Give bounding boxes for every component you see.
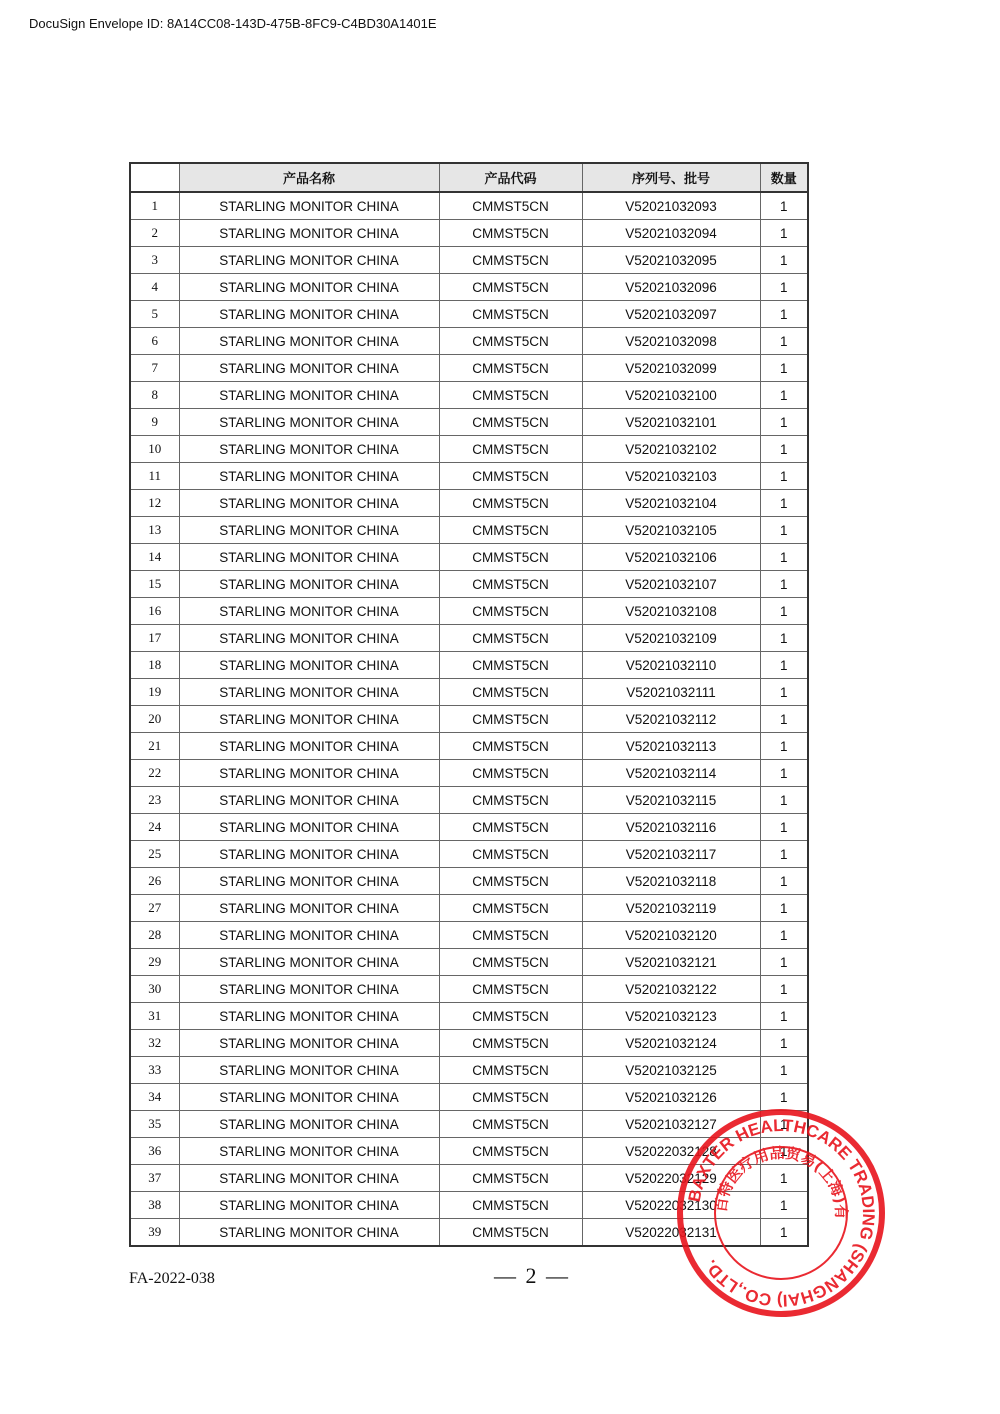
quantity: 1	[760, 733, 808, 760]
table-row: 14STARLING MONITOR CHINACMMST5CNV5202103…	[130, 544, 808, 571]
quantity: 1	[760, 1084, 808, 1111]
serial-lot-number: V52021032125	[582, 1057, 760, 1084]
product-name: STARLING MONITOR CHINA	[179, 1192, 439, 1219]
product-code: CMMST5CN	[439, 841, 582, 868]
quantity: 1	[760, 868, 808, 895]
product-name: STARLING MONITOR CHINA	[179, 652, 439, 679]
product-code: CMMST5CN	[439, 976, 582, 1003]
table-row: 1STARLING MONITOR CHINACMMST5CNV52021032…	[130, 192, 808, 220]
quantity: 1	[760, 1192, 808, 1219]
table-row: 23STARLING MONITOR CHINACMMST5CNV5202103…	[130, 787, 808, 814]
product-code: CMMST5CN	[439, 922, 582, 949]
quantity: 1	[760, 814, 808, 841]
row-index: 20	[130, 706, 179, 733]
row-index: 25	[130, 841, 179, 868]
quantity: 1	[760, 976, 808, 1003]
product-code: CMMST5CN	[439, 949, 582, 976]
product-name: STARLING MONITOR CHINA	[179, 598, 439, 625]
product-name: STARLING MONITOR CHINA	[179, 463, 439, 490]
row-index: 33	[130, 1057, 179, 1084]
row-index: 36	[130, 1138, 179, 1165]
row-index: 34	[130, 1084, 179, 1111]
serial-lot-number: V52021032111	[582, 679, 760, 706]
serial-lot-number: V52021032114	[582, 760, 760, 787]
serial-lot-number: V52021032108	[582, 598, 760, 625]
quantity: 1	[760, 1057, 808, 1084]
quantity: 1	[760, 1003, 808, 1030]
row-index: 8	[130, 382, 179, 409]
product-code: CMMST5CN	[439, 679, 582, 706]
product-name: STARLING MONITOR CHINA	[179, 301, 439, 328]
product-name: STARLING MONITOR CHINA	[179, 1057, 439, 1084]
table-row: 35STARLING MONITOR CHINACMMST5CNV5202103…	[130, 1111, 808, 1138]
row-index: 28	[130, 922, 179, 949]
product-name: STARLING MONITOR CHINA	[179, 868, 439, 895]
product-code: CMMST5CN	[439, 192, 582, 220]
row-index: 15	[130, 571, 179, 598]
row-index: 24	[130, 814, 179, 841]
quantity: 1	[760, 706, 808, 733]
table-row: 27STARLING MONITOR CHINACMMST5CNV5202103…	[130, 895, 808, 922]
table-row: 16STARLING MONITOR CHINACMMST5CNV5202103…	[130, 598, 808, 625]
row-index: 7	[130, 355, 179, 382]
table-row: 18STARLING MONITOR CHINACMMST5CNV5202103…	[130, 652, 808, 679]
product-name: STARLING MONITOR CHINA	[179, 1138, 439, 1165]
serial-lot-number: V52022032131	[582, 1219, 760, 1247]
row-index: 13	[130, 517, 179, 544]
row-index: 27	[130, 895, 179, 922]
product-name: STARLING MONITOR CHINA	[179, 814, 439, 841]
column-header-product-code: 产品代码	[439, 163, 582, 192]
serial-lot-number: V52022032129	[582, 1165, 760, 1192]
serial-lot-number: V52021032103	[582, 463, 760, 490]
product-code: CMMST5CN	[439, 598, 582, 625]
product-code: CMMST5CN	[439, 517, 582, 544]
quantity: 1	[760, 1165, 808, 1192]
product-code: CMMST5CN	[439, 490, 582, 517]
row-index: 5	[130, 301, 179, 328]
column-header-serial-lot: 序列号、批号	[582, 163, 760, 192]
table-row: 19STARLING MONITOR CHINACMMST5CNV5202103…	[130, 679, 808, 706]
row-index: 10	[130, 436, 179, 463]
product-name: STARLING MONITOR CHINA	[179, 895, 439, 922]
row-index: 19	[130, 679, 179, 706]
quantity: 1	[760, 679, 808, 706]
quantity: 1	[760, 463, 808, 490]
row-index: 12	[130, 490, 179, 517]
serial-lot-number: V52021032126	[582, 1084, 760, 1111]
table-body: 1STARLING MONITOR CHINACMMST5CNV52021032…	[130, 192, 808, 1246]
product-code: CMMST5CN	[439, 1219, 582, 1247]
serial-lot-number: V52021032110	[582, 652, 760, 679]
serial-lot-number: V52021032109	[582, 625, 760, 652]
quantity: 1	[760, 787, 808, 814]
quantity: 1	[760, 490, 808, 517]
product-code: CMMST5CN	[439, 625, 582, 652]
row-index: 3	[130, 247, 179, 274]
product-code: CMMST5CN	[439, 814, 582, 841]
product-code: CMMST5CN	[439, 463, 582, 490]
row-index: 35	[130, 1111, 179, 1138]
serial-lot-number: V52021032102	[582, 436, 760, 463]
quantity: 1	[760, 1111, 808, 1138]
quantity: 1	[760, 922, 808, 949]
quantity: 1	[760, 247, 808, 274]
row-index: 4	[130, 274, 179, 301]
quantity: 1	[760, 625, 808, 652]
product-name: STARLING MONITOR CHINA	[179, 922, 439, 949]
product-code: CMMST5CN	[439, 436, 582, 463]
table-row: 11STARLING MONITOR CHINACMMST5CNV5202103…	[130, 463, 808, 490]
product-code: CMMST5CN	[439, 760, 582, 787]
row-index: 11	[130, 463, 179, 490]
product-name: STARLING MONITOR CHINA	[179, 1084, 439, 1111]
table-row: 24STARLING MONITOR CHINACMMST5CNV5202103…	[130, 814, 808, 841]
column-header-index	[130, 163, 179, 192]
table-row: 15STARLING MONITOR CHINACMMST5CNV5202103…	[130, 571, 808, 598]
table-row: 17STARLING MONITOR CHINACMMST5CNV5202103…	[130, 625, 808, 652]
quantity: 1	[760, 652, 808, 679]
serial-lot-number: V52021032106	[582, 544, 760, 571]
serial-lot-number: V52021032107	[582, 571, 760, 598]
row-index: 1	[130, 192, 179, 220]
row-index: 32	[130, 1030, 179, 1057]
table-row: 21STARLING MONITOR CHINACMMST5CNV5202103…	[130, 733, 808, 760]
product-name: STARLING MONITOR CHINA	[179, 733, 439, 760]
row-index: 22	[130, 760, 179, 787]
product-name: STARLING MONITOR CHINA	[179, 382, 439, 409]
table-row: 37STARLING MONITOR CHINACMMST5CNV5202203…	[130, 1165, 808, 1192]
table-row: 20STARLING MONITOR CHINACMMST5CNV5202103…	[130, 706, 808, 733]
quantity: 1	[760, 895, 808, 922]
serial-lot-number: V52022032128	[582, 1138, 760, 1165]
product-code: CMMST5CN	[439, 733, 582, 760]
table-row: 39STARLING MONITOR CHINACMMST5CNV5202203…	[130, 1219, 808, 1247]
serial-lot-number: V52021032097	[582, 301, 760, 328]
quantity: 1	[760, 841, 808, 868]
serial-lot-number: V52021032094	[582, 220, 760, 247]
product-code: CMMST5CN	[439, 706, 582, 733]
table-row: 29STARLING MONITOR CHINACMMST5CNV5202103…	[130, 949, 808, 976]
serial-lot-number: V52021032113	[582, 733, 760, 760]
product-name: STARLING MONITOR CHINA	[179, 679, 439, 706]
table-row: 2STARLING MONITOR CHINACMMST5CNV52021032…	[130, 220, 808, 247]
product-code: CMMST5CN	[439, 328, 582, 355]
row-index: 29	[130, 949, 179, 976]
serial-lot-number: V52021032101	[582, 409, 760, 436]
table-row: 7STARLING MONITOR CHINACMMST5CNV52021032…	[130, 355, 808, 382]
quantity: 1	[760, 220, 808, 247]
quantity: 1	[760, 1219, 808, 1247]
product-code: CMMST5CN	[439, 544, 582, 571]
product-name: STARLING MONITOR CHINA	[179, 1165, 439, 1192]
table-row: 33STARLING MONITOR CHINACMMST5CNV5202103…	[130, 1057, 808, 1084]
table-row: 4STARLING MONITOR CHINACMMST5CNV52021032…	[130, 274, 808, 301]
product-code: CMMST5CN	[439, 247, 582, 274]
row-index: 26	[130, 868, 179, 895]
serial-lot-number: V52021032117	[582, 841, 760, 868]
table-row: 28STARLING MONITOR CHINACMMST5CNV5202103…	[130, 922, 808, 949]
product-table: 产品名称 产品代码 序列号、批号 数量 1STARLING MONITOR CH…	[129, 162, 809, 1247]
table-row: 22STARLING MONITOR CHINACMMST5CNV5202103…	[130, 760, 808, 787]
serial-lot-number: V52021032115	[582, 787, 760, 814]
row-index: 37	[130, 1165, 179, 1192]
product-name: STARLING MONITOR CHINA	[179, 976, 439, 1003]
serial-lot-number: V52022032130	[582, 1192, 760, 1219]
row-index: 9	[130, 409, 179, 436]
product-code: CMMST5CN	[439, 1084, 582, 1111]
product-code: CMMST5CN	[439, 1030, 582, 1057]
table-row: 34STARLING MONITOR CHINACMMST5CNV5202103…	[130, 1084, 808, 1111]
product-name: STARLING MONITOR CHINA	[179, 1003, 439, 1030]
quantity: 1	[760, 192, 808, 220]
serial-lot-number: V52021032093	[582, 192, 760, 220]
serial-lot-number: V52021032120	[582, 922, 760, 949]
product-name: STARLING MONITOR CHINA	[179, 625, 439, 652]
table-row: 32STARLING MONITOR CHINACMMST5CNV5202103…	[130, 1030, 808, 1057]
product-code: CMMST5CN	[439, 1003, 582, 1030]
quantity: 1	[760, 1138, 808, 1165]
product-name: STARLING MONITOR CHINA	[179, 571, 439, 598]
product-name: STARLING MONITOR CHINA	[179, 274, 439, 301]
serial-lot-number: V52021032127	[582, 1111, 760, 1138]
quantity: 1	[760, 598, 808, 625]
row-index: 23	[130, 787, 179, 814]
serial-lot-number: V52021032100	[582, 382, 760, 409]
serial-lot-number: V52021032123	[582, 1003, 760, 1030]
product-code: CMMST5CN	[439, 1111, 582, 1138]
product-name: STARLING MONITOR CHINA	[179, 1030, 439, 1057]
row-index: 30	[130, 976, 179, 1003]
table-row: 8STARLING MONITOR CHINACMMST5CNV52021032…	[130, 382, 808, 409]
product-name: STARLING MONITOR CHINA	[179, 760, 439, 787]
serial-lot-number: V52021032095	[582, 247, 760, 274]
serial-lot-number: V52021032122	[582, 976, 760, 1003]
table-row: 25STARLING MONITOR CHINACMMST5CNV5202103…	[130, 841, 808, 868]
table-row: 3STARLING MONITOR CHINACMMST5CNV52021032…	[130, 247, 808, 274]
product-name: STARLING MONITOR CHINA	[179, 220, 439, 247]
table-row: 10STARLING MONITOR CHINACMMST5CNV5202103…	[130, 436, 808, 463]
serial-lot-number: V52021032119	[582, 895, 760, 922]
product-code: CMMST5CN	[439, 274, 582, 301]
product-code: CMMST5CN	[439, 382, 582, 409]
row-index: 39	[130, 1219, 179, 1247]
product-name: STARLING MONITOR CHINA	[179, 328, 439, 355]
quantity: 1	[760, 760, 808, 787]
product-name: STARLING MONITOR CHINA	[179, 355, 439, 382]
page-number: — 2 —	[494, 1263, 570, 1289]
serial-lot-number: V52021032099	[582, 355, 760, 382]
row-index: 17	[130, 625, 179, 652]
row-index: 31	[130, 1003, 179, 1030]
product-code: CMMST5CN	[439, 1192, 582, 1219]
column-header-product-name: 产品名称	[179, 163, 439, 192]
table-row: 9STARLING MONITOR CHINACMMST5CNV52021032…	[130, 409, 808, 436]
envelope-id: DocuSign Envelope ID: 8A14CC08-143D-475B…	[29, 16, 437, 31]
table-row: 5STARLING MONITOR CHINACMMST5CNV52021032…	[130, 301, 808, 328]
product-name: STARLING MONITOR CHINA	[179, 192, 439, 220]
serial-lot-number: V52021032124	[582, 1030, 760, 1057]
quantity: 1	[760, 949, 808, 976]
serial-lot-number: V52021032104	[582, 490, 760, 517]
product-name: STARLING MONITOR CHINA	[179, 787, 439, 814]
table-row: 6STARLING MONITOR CHINACMMST5CNV52021032…	[130, 328, 808, 355]
table-row: 30STARLING MONITOR CHINACMMST5CNV5202103…	[130, 976, 808, 1003]
quantity: 1	[760, 409, 808, 436]
product-name: STARLING MONITOR CHINA	[179, 544, 439, 571]
row-index: 21	[130, 733, 179, 760]
serial-lot-number: V52021032112	[582, 706, 760, 733]
product-name: STARLING MONITOR CHINA	[179, 841, 439, 868]
product-code: CMMST5CN	[439, 787, 582, 814]
table-row: 13STARLING MONITOR CHINACMMST5CNV5202103…	[130, 517, 808, 544]
product-name: STARLING MONITOR CHINA	[179, 247, 439, 274]
product-code: CMMST5CN	[439, 868, 582, 895]
quantity: 1	[760, 544, 808, 571]
quantity: 1	[760, 571, 808, 598]
quantity: 1	[760, 274, 808, 301]
table-row: 31STARLING MONITOR CHINACMMST5CNV5202103…	[130, 1003, 808, 1030]
row-index: 18	[130, 652, 179, 679]
quantity: 1	[760, 301, 808, 328]
row-index: 6	[130, 328, 179, 355]
row-index: 38	[130, 1192, 179, 1219]
product-name: STARLING MONITOR CHINA	[179, 409, 439, 436]
quantity: 1	[760, 355, 808, 382]
product-code: CMMST5CN	[439, 895, 582, 922]
product-name: STARLING MONITOR CHINA	[179, 490, 439, 517]
serial-lot-number: V52021032116	[582, 814, 760, 841]
serial-lot-number: V52021032096	[582, 274, 760, 301]
product-code: CMMST5CN	[439, 355, 582, 382]
product-code: CMMST5CN	[439, 220, 582, 247]
quantity: 1	[760, 382, 808, 409]
table-row: 12STARLING MONITOR CHINACMMST5CNV5202103…	[130, 490, 808, 517]
product-name: STARLING MONITOR CHINA	[179, 1219, 439, 1247]
table-header-row: 产品名称 产品代码 序列号、批号 数量	[130, 163, 808, 192]
serial-lot-number: V52021032098	[582, 328, 760, 355]
quantity: 1	[760, 1030, 808, 1057]
serial-lot-number: V52021032118	[582, 868, 760, 895]
serial-lot-number: V52021032121	[582, 949, 760, 976]
column-header-quantity: 数量	[760, 163, 808, 192]
product-code: CMMST5CN	[439, 1165, 582, 1192]
product-name: STARLING MONITOR CHINA	[179, 949, 439, 976]
row-index: 16	[130, 598, 179, 625]
quantity: 1	[760, 328, 808, 355]
table-row: 36STARLING MONITOR CHINACMMST5CNV5202203…	[130, 1138, 808, 1165]
product-code: CMMST5CN	[439, 1057, 582, 1084]
quantity: 1	[760, 436, 808, 463]
serial-lot-number: V52021032105	[582, 517, 760, 544]
product-code: CMMST5CN	[439, 571, 582, 598]
product-name: STARLING MONITOR CHINA	[179, 436, 439, 463]
product-code: CMMST5CN	[439, 652, 582, 679]
product-code: CMMST5CN	[439, 301, 582, 328]
row-index: 14	[130, 544, 179, 571]
product-code: CMMST5CN	[439, 1138, 582, 1165]
row-index: 2	[130, 220, 179, 247]
product-code: CMMST5CN	[439, 409, 582, 436]
table-row: 26STARLING MONITOR CHINACMMST5CNV5202103…	[130, 868, 808, 895]
table-row: 38STARLING MONITOR CHINACMMST5CNV5202203…	[130, 1192, 808, 1219]
product-name: STARLING MONITOR CHINA	[179, 517, 439, 544]
quantity: 1	[760, 517, 808, 544]
product-name: STARLING MONITOR CHINA	[179, 706, 439, 733]
product-name: STARLING MONITOR CHINA	[179, 1111, 439, 1138]
document-code: FA-2022-038	[129, 1270, 215, 1288]
